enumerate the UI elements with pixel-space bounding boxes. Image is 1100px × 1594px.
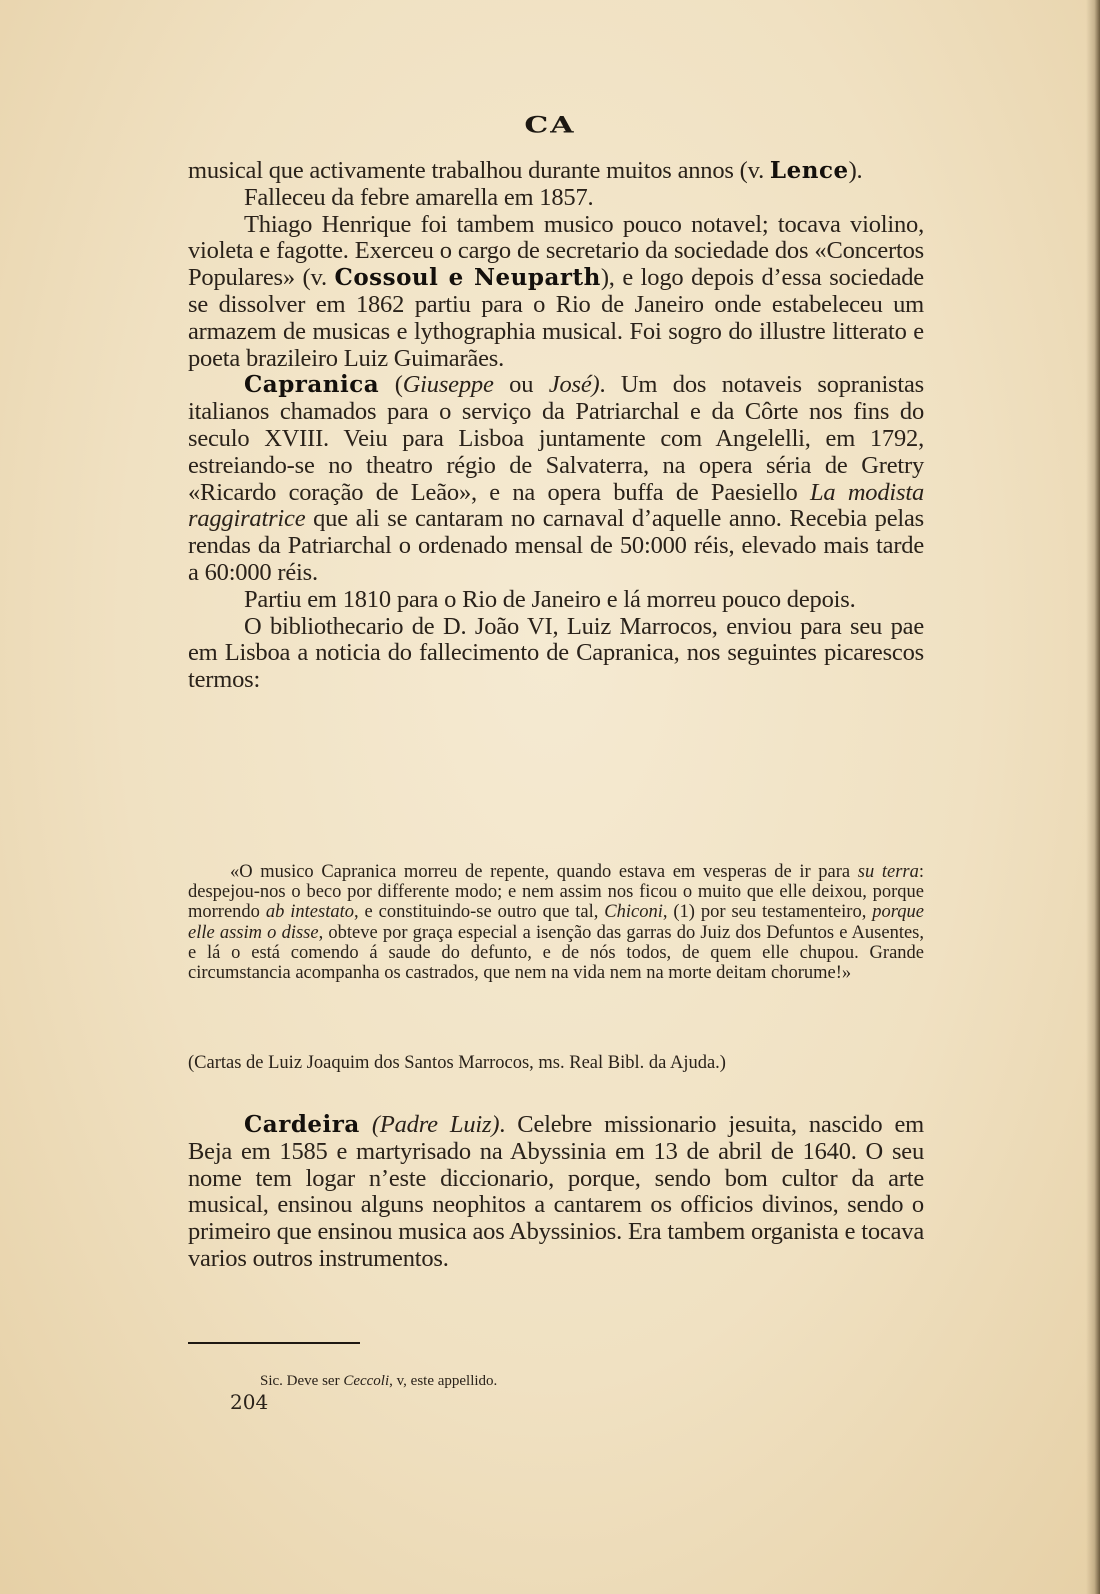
quote-text: «O musico Capranica morreu de repente, q… — [188, 862, 924, 983]
paragraph-partiu: Partiu em 1810 para o Rio de Janeiro e l… — [188, 587, 924, 614]
paragraph-thiago-henrique: Thiago Henrique foi tambem musico pouco … — [188, 212, 924, 373]
cross-reference-cossoul-neuparth[interactable]: Cossoul e Neuparth — [335, 264, 601, 291]
italic-name: (Padre Luiz) — [372, 1111, 499, 1138]
page-edge-shadow — [1086, 0, 1100, 1594]
main-text-upper: musical que activamente trabalhou durant… — [188, 158, 924, 694]
headword-capranica: Capranica — [244, 371, 379, 398]
block-quote-marrocos: «O musico Capranica morreu de repente, q… — [188, 862, 924, 983]
paragraph-musical: musical que activamente trabalhou durant… — [188, 158, 924, 185]
italic-text: su terra — [858, 862, 919, 882]
italic-text: Chiconi — [604, 902, 663, 922]
entry-capranica: Capranica (Giuseppe ou José). Um dos not… — [188, 372, 924, 586]
italic-name: José) — [549, 371, 600, 398]
paragraph-falleceu: Falleceu da febre amarella em 1857. — [188, 185, 924, 212]
text-span: , e constituindo-se outro que tal, — [354, 902, 604, 922]
text-span: ou — [494, 371, 549, 398]
text-span: Sic — [260, 1373, 279, 1389]
italic-name: Giuseppe — [403, 371, 494, 398]
text-span: ). — [849, 157, 863, 184]
italic-name: Ceccoli — [343, 1373, 389, 1389]
text-span: . Deve ser — [279, 1373, 343, 1389]
cross-reference-lence[interactable]: Lence — [770, 157, 849, 184]
text-span: musical que activamente trabalhou durant… — [188, 157, 770, 184]
source-citation: (Cartas de Luiz Joaquim dos Santos Marro… — [188, 1052, 924, 1074]
footnote-rule — [188, 1342, 360, 1344]
text-span: ( — [395, 371, 403, 398]
page-number: 204 — [230, 1390, 268, 1414]
text-span: , (1) por seu testamenteiro, — [663, 902, 872, 922]
text-span: , v, este appellido. — [389, 1373, 497, 1389]
footnote: Sic. Deve ser Ceccoli, v, este appellido… — [260, 1372, 497, 1390]
main-text-lower: Cardeira (Padre Luiz). Celebre missionar… — [188, 1112, 924, 1273]
entry-cardeira: Cardeira (Padre Luiz). Celebre missionar… — [188, 1112, 924, 1273]
headword-cardeira: Cardeira — [244, 1111, 360, 1138]
running-head: CA — [0, 112, 1100, 138]
italic-text: ab intestato — [266, 902, 354, 922]
text-span: «O musico Capranica morreu de repente, q… — [230, 862, 858, 882]
paragraph-bibliothecario: O bibliothecario de D. João VI, Luiz Mar… — [188, 614, 924, 694]
